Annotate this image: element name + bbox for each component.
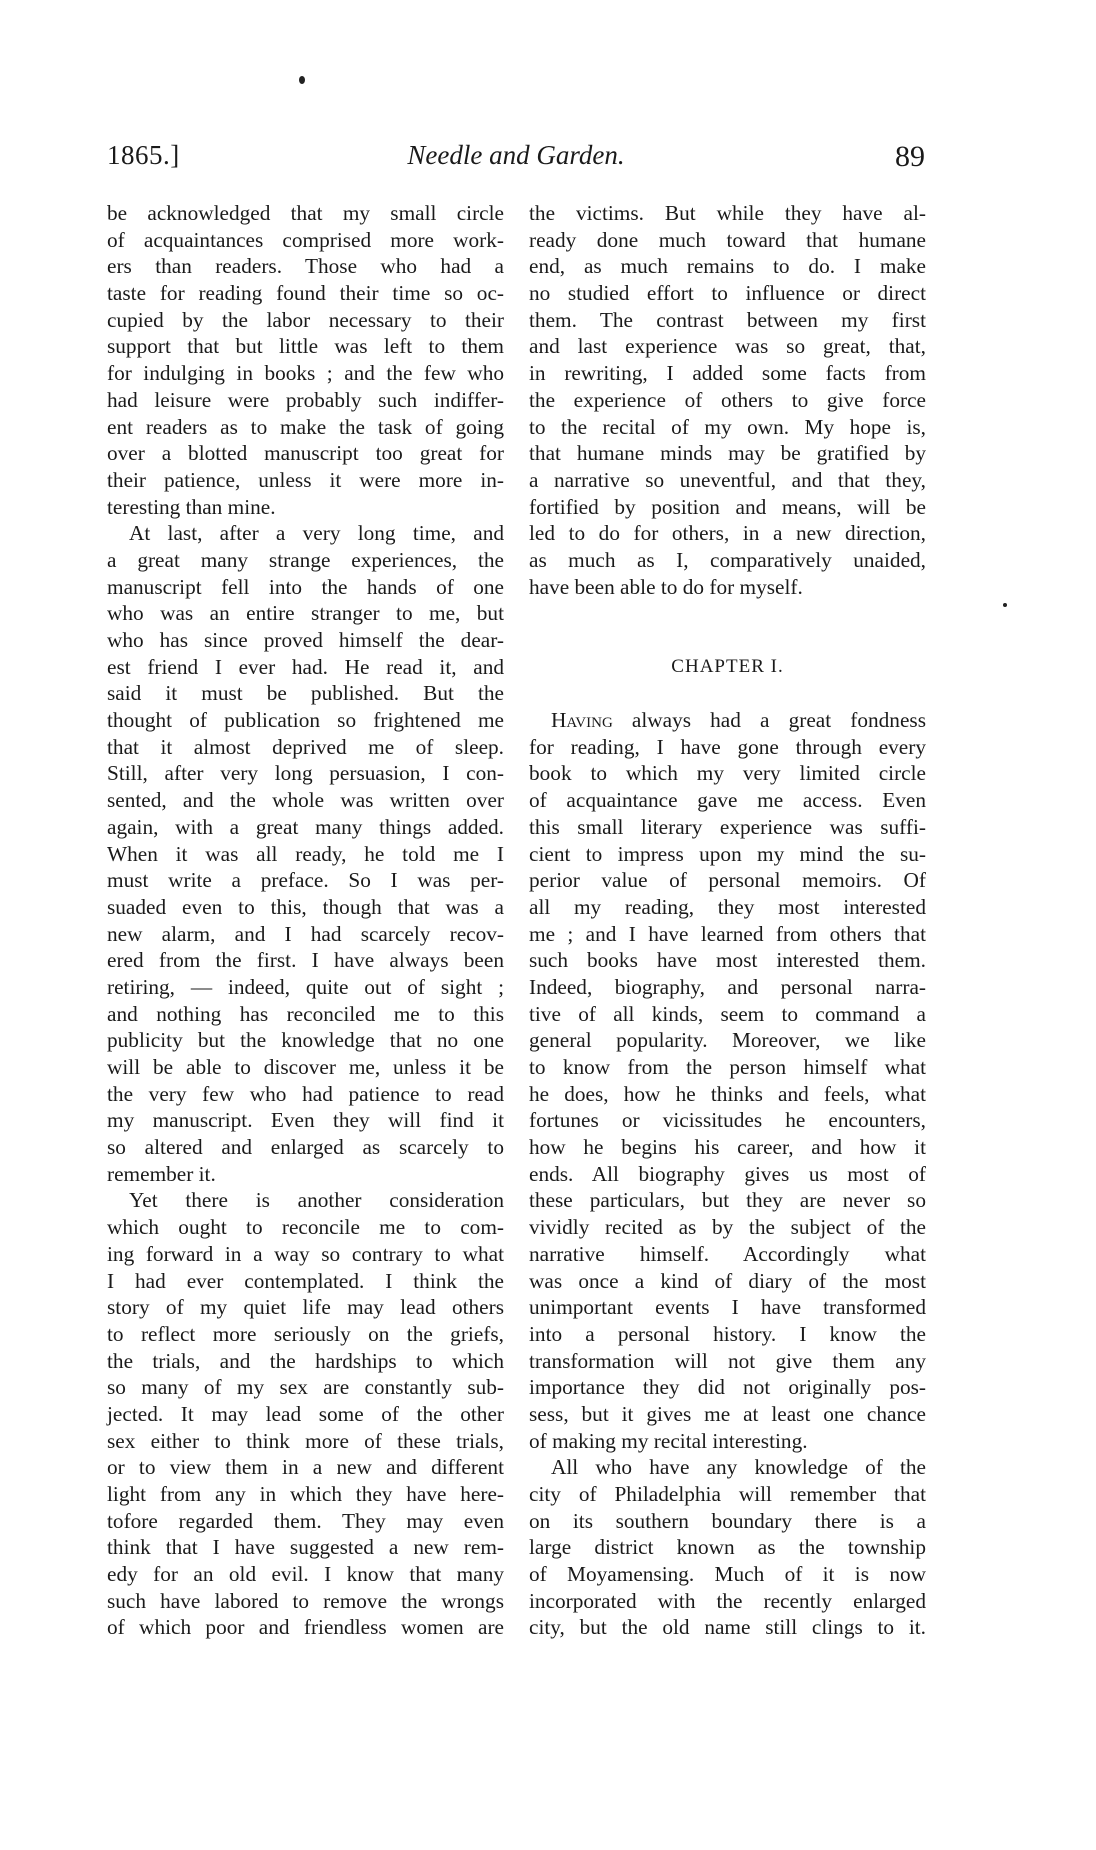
text-line: jected. It may lead some of the other: [107, 1401, 504, 1428]
text-line: as much as I, comparatively unaided,: [529, 547, 926, 574]
text-line: so altered and enlarged as scarcely to: [107, 1134, 504, 1161]
chapter-heading: CHAPTER I.: [529, 654, 926, 681]
text-line: All who have any knowledge of the: [529, 1454, 926, 1481]
text-line: the experience of others to give force: [529, 387, 926, 414]
text-line: my manuscript. Even they will find it: [107, 1107, 504, 1134]
text-line: fortified by position and means, will be: [529, 494, 926, 521]
text-line: of acquaintance gave me access. Even: [529, 787, 926, 814]
text-line: Still, after very long persuasion, I con…: [107, 760, 504, 787]
text-line: ers than readers. Those who had a: [107, 253, 504, 280]
preface-continuation: the victims. But while they have al-read…: [529, 200, 926, 600]
text-line: who has since proved himself the dear-: [107, 627, 504, 654]
text-line: must write a preface. So I was per-: [107, 867, 504, 894]
text-line: have been able to do for myself.: [529, 574, 926, 601]
text-line: remember it.: [107, 1161, 504, 1188]
right-column: the victims. But while they have al-read…: [529, 200, 926, 1641]
text-line: of Moyamensing. Much of it is now: [529, 1561, 926, 1588]
text-line: book to which my very limited circle: [529, 760, 926, 787]
text-line: over a blotted manuscript too great for: [107, 440, 504, 467]
running-head: 1865.] Needle and Garden. 89: [107, 140, 925, 180]
text-line: fortunes or vicissitudes he encounters,: [529, 1107, 926, 1134]
text-line: them. The contrast between my first: [529, 307, 926, 334]
text-line: these particulars, but they are never so: [529, 1187, 926, 1214]
text-line: teresting than mine.: [107, 494, 504, 521]
opening-line-rest: always had a great fondness: [613, 708, 926, 732]
page-number: 89: [895, 140, 925, 174]
text-line: or to view them in a new and different: [107, 1454, 504, 1481]
text-line: led to do for others, in a new direction…: [529, 520, 926, 547]
text-line: of which poor and friendless women are: [107, 1614, 504, 1641]
text-line: the trials, and the hardships to which: [107, 1348, 504, 1375]
text-line: again, with a great many things added.: [107, 814, 504, 841]
text-line: publicity but the knowledge that no one: [107, 1027, 504, 1054]
text-line: cient to impress upon my mind the su-: [529, 841, 926, 868]
text-line: who was an entire stranger to me, but: [107, 600, 504, 627]
text-line: When it was all ready, he told me I: [107, 841, 504, 868]
text-line: large district known as the township: [529, 1534, 926, 1561]
text-line: that humane minds may be gratified by: [529, 440, 926, 467]
text-line: of making my recital interesting.: [529, 1428, 926, 1455]
text-line: and nothing has reconciled me to this: [107, 1001, 504, 1028]
left-column: be acknowledged that my small circleof a…: [107, 200, 504, 1641]
text-line: general popularity. Moreover, we like: [529, 1027, 926, 1054]
text-line: all my reading, they most interested: [529, 894, 926, 921]
text-line: such have labored to remove the wrongs: [107, 1588, 504, 1615]
text-line: est friend I ever had. He read it, and: [107, 654, 504, 681]
text-line: narrative himself. Accordingly what: [529, 1241, 926, 1268]
text-line: me ; and I have learned from others that: [529, 921, 926, 948]
text-line: perior value of personal memoirs. Of: [529, 867, 926, 894]
text-line: end, as much remains to do. I make: [529, 253, 926, 280]
text-line: think that I have suggested a new rem-: [107, 1534, 504, 1561]
text-line: tofore regarded them. They may even: [107, 1508, 504, 1535]
text-line: so many of my sex are constantly sub-: [107, 1374, 504, 1401]
text-line: to know from the person himself what: [529, 1054, 926, 1081]
text-line: vividly recited as by the subject of the: [529, 1214, 926, 1241]
text-line: no studied effort to influence or direct: [529, 280, 926, 307]
text-line: for reading, I have gone through every: [529, 734, 926, 761]
text-line: that it almost deprived me of sleep.: [107, 734, 504, 761]
text-line: story of my quiet life may lead others: [107, 1294, 504, 1321]
text-line: taste for reading found their time so oc…: [107, 280, 504, 307]
text-line: of acquaintances comprised more work-: [107, 227, 504, 254]
spacer: [529, 680, 926, 707]
text-line: light from any in which they have here-: [107, 1481, 504, 1508]
text-line: the victims. But while they have al-: [529, 200, 926, 227]
text-line: such books have most interested them.: [529, 947, 926, 974]
text-line: ready done much toward that humane: [529, 227, 926, 254]
text-line: sess, but it gives me at least one chanc…: [529, 1401, 926, 1428]
text-line: new alarm, and I had scarcely recov-: [107, 921, 504, 948]
text-line: importance they did not originally pos-: [529, 1374, 926, 1401]
text-line: incorporated with the recently enlarged: [529, 1588, 926, 1615]
ink-speck: [1003, 603, 1007, 607]
text-line: support that but little was left to them: [107, 333, 504, 360]
text-line: into a personal history. I know the: [529, 1321, 926, 1348]
text-line: manuscript fell into the hands of one: [107, 574, 504, 601]
text-line: be acknowledged that my small circle: [107, 200, 504, 227]
text-line: suaded even to this, though that was a: [107, 894, 504, 921]
text-line: had leisure were probably such indiffer-: [107, 387, 504, 414]
chapter-body: for reading, I have gone through everybo…: [529, 734, 926, 1641]
text-line: unimportant events I have transformed: [529, 1294, 926, 1321]
text-line: thought of publication so frightened me: [107, 707, 504, 734]
spacer: [529, 627, 926, 654]
text-line: to the recital of my own. My hope is,: [529, 414, 926, 441]
text-line: will be able to discover me, unless it b…: [107, 1054, 504, 1081]
text-line: a narrative so uneventful, and that they…: [529, 467, 926, 494]
text-line: was once a kind of diary of the most: [529, 1268, 926, 1295]
text-line: how he begins his career, and how it: [529, 1134, 926, 1161]
chapter-opening-line: Having always had a great fondness: [529, 707, 926, 734]
text-line: sented, and the whole was written over: [107, 787, 504, 814]
text-line: transformation will not give them any: [529, 1348, 926, 1375]
text-line: ered from the first. I have always been: [107, 947, 504, 974]
text-line: edy for an old evil. I know that many: [107, 1561, 504, 1588]
drop-smallcaps-word: Having: [551, 708, 613, 732]
text-line: sex either to think more of these trials…: [107, 1428, 504, 1455]
spacer: [529, 600, 926, 627]
text-line: Indeed, biography, and personal narra-: [529, 974, 926, 1001]
text-line: city, but the old name still clings to i…: [529, 1614, 926, 1641]
text-line: a great many strange experiences, the: [107, 547, 504, 574]
text-line: this small literary experience was suffi…: [529, 814, 926, 841]
text-line: I had ever contemplated. I think the: [107, 1268, 504, 1295]
text-line: tive of all kinds, seem to command a: [529, 1001, 926, 1028]
text-line: which ought to reconcile me to com-: [107, 1214, 504, 1241]
text-line: ent readers as to make the task of going: [107, 414, 504, 441]
running-head-title: Needle and Garden.: [107, 140, 925, 171]
text-line: city of Philadelphia will remember that: [529, 1481, 926, 1508]
text-line: for indulging in books ; and the few who: [107, 360, 504, 387]
text-line: cupied by the labor necessary to their: [107, 307, 504, 334]
text-line: he does, how he thinks and feels, what: [529, 1081, 926, 1108]
text-line: Yet there is another consideration: [107, 1187, 504, 1214]
text-line: to reflect more seriously on the griefs,: [107, 1321, 504, 1348]
text-line: At last, after a very long time, and: [107, 520, 504, 547]
text-line: in rewriting, I added some facts from: [529, 360, 926, 387]
text-line: retiring, — indeed, quite out of sight ;: [107, 974, 504, 1001]
text-line: ends. All biography gives us most of: [529, 1161, 926, 1188]
ink-speck: [299, 76, 305, 84]
text-line: and last experience was so great, that,: [529, 333, 926, 360]
text-line: their patience, unless it were more in-: [107, 467, 504, 494]
text-line: said it must be published. But the: [107, 680, 504, 707]
text-line: ing forward in a way so contrary to what: [107, 1241, 504, 1268]
text-line: on its southern boundary there is a: [529, 1508, 926, 1535]
text-line: the very few who had patience to read: [107, 1081, 504, 1108]
